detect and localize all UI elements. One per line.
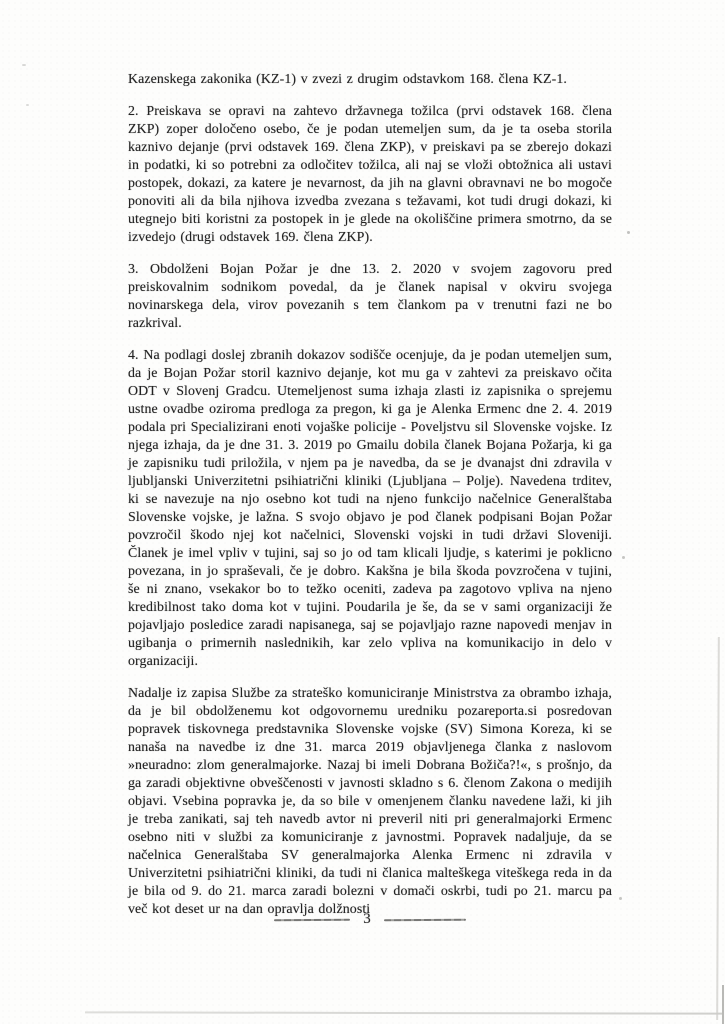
paragraph-continuation: Kazenskega zakonika (KZ-1) v zvezi z dru…	[128, 71, 612, 89]
scan-speck	[622, 556, 625, 559]
paragraph-2: 2. Preiskava se opravi na zahtevo državn…	[128, 103, 612, 247]
page-number: 3	[363, 911, 371, 928]
scan-speck	[619, 897, 622, 900]
footer-left-rule	[274, 918, 350, 920]
document-body: Kazenskega zakonika (KZ-1) v zvezi z dru…	[128, 71, 612, 933]
paragraph-4: 4. Na podlagi doslej zbranih dokazov sod…	[128, 347, 612, 671]
footer-right-rule	[384, 918, 466, 920]
scan-speck	[22, 64, 26, 66]
scan-speck	[627, 231, 630, 234]
page-edge-shadow-bottom	[85, 1011, 722, 1014]
page-edge-shadow-right	[716, 637, 720, 1020]
page-footer: 3	[128, 911, 612, 928]
page-edge-shadow-right-dark	[722, 985, 724, 1024]
paragraph-5: Nadalje iz zapisa Službe za strateško ko…	[128, 685, 612, 919]
paragraph-3: 3. Obdolženi Bojan Požar je dne 13. 2. 2…	[128, 261, 612, 333]
scanned-page: Kazenskega zakonika (KZ-1) v zvezi z dru…	[0, 0, 725, 1024]
scan-speck	[26, 104, 29, 106]
